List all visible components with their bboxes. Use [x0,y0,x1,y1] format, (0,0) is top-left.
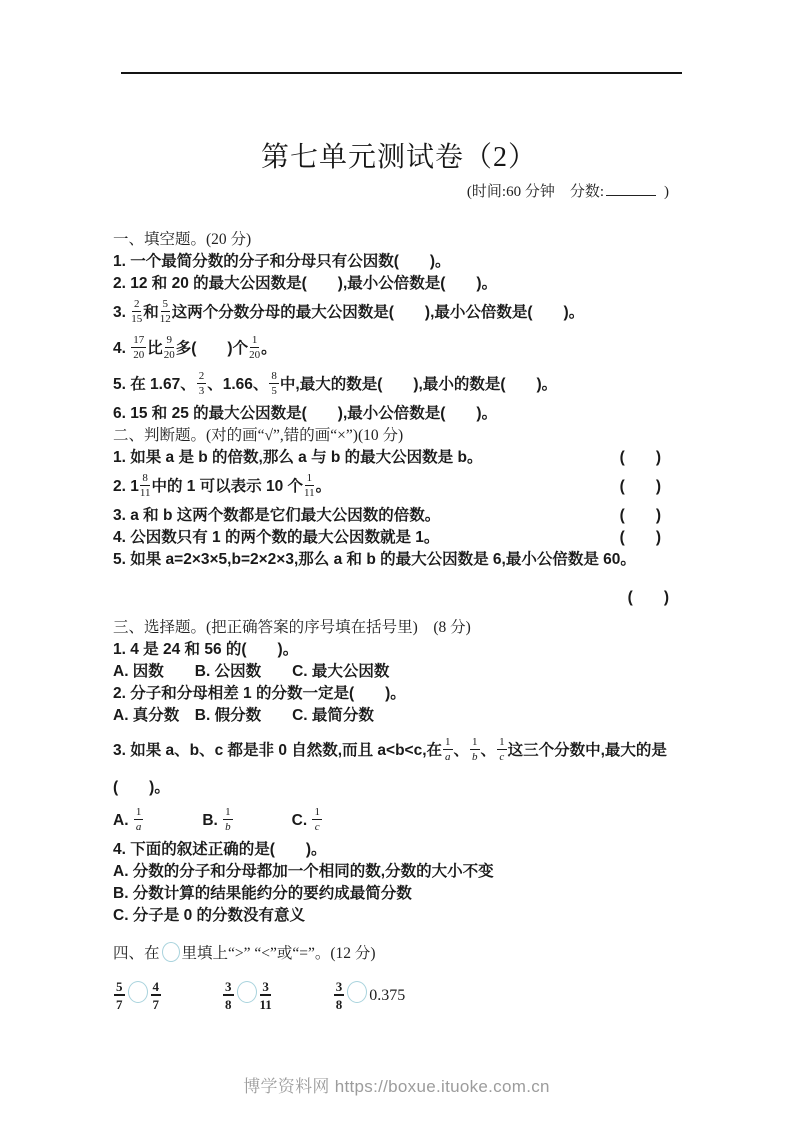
answer-bracket: ( ) [620,505,661,527]
fraction: 57 [114,980,125,1011]
meta-label: (时间:60 分钟 分数: [467,184,604,200]
text: 1. 如果 a 是 b 的倍数,那么 a 与 b 的最大公因数是 b。 [113,447,482,469]
s1-question-5: 5. 在 1.67、23、1.66、85中,最大的数是( ),最小的数是( )。 [113,367,685,403]
fraction: 1a [134,807,144,833]
s1-question-6: 6. 15 和 25 的最大公因数是( ),最小公倍数是( )。 [113,403,685,425]
fraction: 85 [269,371,279,397]
s2-question-4: 4. 公因数只有 1 的两个数的最大公因数就是 1。( ) [113,527,685,549]
answer-bracket: ( ) [620,527,661,549]
text: 、 [454,742,470,759]
fraction: 311 [260,980,272,1011]
text: 四、在 [113,945,160,962]
section-2-heading: 二、判断题。(对的画“√”,错的画“×”)(10 分) [113,425,685,447]
text: 5. 在 1.67、 [113,376,196,393]
fraction: 111 [304,473,315,499]
section-4-heading: 四、在里填上“>” “<”或“=”。(12 分) [113,943,685,965]
s3-question-4: 4. 下面的叙述正确的是( )。 [113,839,685,861]
text: 和 [143,304,159,321]
fraction: 215 [131,299,142,325]
section-compare: 四、在里填上“>” “<”或“=”。(12 分) 5747 38311 380.… [113,943,685,1017]
s3-q4-option-a: A. 分数的分子和分母都加一个相同的数,分数的大小不变 [113,861,685,883]
s3-q2-options: A. 真分数 B. 假分数 C. 最简分数 [113,705,685,727]
fraction: 512 [160,299,171,325]
option-letter: B. [202,812,222,829]
answer-bracket: ( ) [620,469,661,505]
s1-question-2: 2. 12 和 20 的最大公因数是( ),最小公倍数是( )。 [113,273,685,295]
fraction: 1b [223,807,233,833]
judge-text: 2. 1811中的 1 可以表示 10 个111。 [113,469,331,505]
fraction: 811 [140,473,151,499]
fraction: 120 [249,335,260,361]
compare-circle [128,981,148,1003]
option-letter: A. [113,812,133,829]
s1-question-4: 4. 1720比920多( )个120。 [113,331,685,367]
s3-q4-option-c: C. 分子是 0 的分数没有意义 [113,905,685,927]
text: 、 [481,742,497,759]
fraction: 38 [334,980,345,1011]
text: 里填上“>” “<”或“=”。(12 分) [182,945,376,962]
s3-q4-option-b: B. 分数计算的结果能约分的要约成最简分数 [113,883,685,905]
s1-question-3: 3. 215和512这两个分数分母的最大公因数是( ),最小公倍数是( )。 [113,295,685,331]
text: 、1.66、 [207,376,268,393]
fraction: 23 [197,371,207,397]
text: 中,最大的数是( ),最小的数是( )。 [280,376,557,393]
text: 比 [147,340,163,357]
section-1-heading: 一、填空题。(20 分) [113,229,685,251]
s2-question-5: 5. 如果 a=2×3×5,b=2×2×3,那么 a 和 b 的最大公因数是 6… [113,549,685,571]
fraction: 920 [164,335,175,361]
fraction: 1b [470,737,480,763]
text: 2. 1 [113,478,139,495]
s3-q1-options: A. 因数 B. 公因数 C. 最大公因数 [113,661,685,683]
section-multiple-choice: 三、选择题。(把正确答案的序号填在括号里) (8 分) 1. 4 是 24 和 … [113,617,685,927]
fraction: 1720 [131,335,146,361]
s3-question-1: 1. 4 是 24 和 56 的( )。 [113,639,685,661]
fraction: 1c [497,737,507,763]
text: 3. [113,304,130,321]
compare-item-1: 5747 [113,981,162,1012]
s2-question-5-bracket: ( ) [113,587,685,609]
text: 中的 1 可以表示 10 个 [151,478,303,495]
compare-item-2: 38311 [222,981,273,1012]
exam-meta: (时间:60 分钟 分数:) [113,181,685,203]
score-blank [606,182,656,196]
paper-content: 第七单元测试卷（2） (时间:60 分钟 分数:) 一、填空题。(20 分) 1… [113,138,685,1017]
option-letter: C. [292,812,312,829]
s3-question-3-continuation: ( )。 [113,777,685,799]
top-divider [121,72,682,74]
fraction: 38 [223,980,234,1011]
s3-q3-options: A. 1aB. 1bC. 1c [113,803,685,839]
text: 这三个分数中,最大的是 [508,742,667,759]
test-paper-page: 第七单元测试卷（2） (时间:60 分钟 分数:) 一、填空题。(20 分) 1… [0,0,793,1122]
section-true-false: 二、判断题。(对的画“√”,错的画“×”)(10 分) 1. 如果 a 是 b … [113,425,685,609]
compare-circle [347,981,367,1003]
text: 4. [113,340,130,357]
meta-close: ) [664,184,669,200]
decimal-value: 0.375 [369,987,405,1005]
s2-question-2: 2. 1811中的 1 可以表示 10 个111。( ) [113,469,685,505]
page-title: 第七单元测试卷（2） [113,138,685,178]
fraction: 1a [443,737,453,763]
text: 多( )个 [176,340,248,357]
section-3-heading: 三、选择题。(把正确答案的序号填在括号里) (8 分) [113,617,685,639]
circle-placeholder [162,942,180,962]
compare-circle [237,981,257,1003]
s2-question-3: 3. a 和 b 这两个数都是它们最大公因数的倍数。( ) [113,505,685,527]
text: 3. a 和 b 这两个数都是它们最大公因数的倍数。 [113,505,440,527]
text: 。 [261,340,277,357]
s3-question-3: 3. 如果 a、b、c 都是非 0 自然数,而且 a<b<c,在1a、1b、1c… [113,733,685,769]
compare-row: 5747 38311 380.375 [113,975,685,1017]
fraction: 1c [312,807,322,833]
text: 4. 公因数只有 1 的两个数的最大公因数就是 1。 [113,527,439,549]
compare-item-3: 380.375 [333,981,406,1012]
s1-question-1: 1. 一个最简分数的分子和分母只有公因数( )。 [113,251,685,273]
footer-watermark: 博学资料网 https://boxue.ituoke.com.cn [0,1072,793,1097]
fraction: 47 [151,980,162,1011]
text: 。 [316,478,332,495]
s3-question-2: 2. 分子和分母相差 1 的分数一定是( )。 [113,683,685,705]
text: 3. 如果 a、b、c 都是非 0 自然数,而且 a<b<c,在 [113,742,442,759]
section-fill-in: 一、填空题。(20 分) 1. 一个最简分数的分子和分母只有公因数( )。 2.… [113,229,685,425]
answer-bracket: ( ) [620,447,661,469]
s2-question-1: 1. 如果 a 是 b 的倍数,那么 a 与 b 的最大公因数是 b。( ) [113,447,685,469]
text: 这两个分数分母的最大公因数是( ),最小公倍数是( )。 [172,304,584,321]
